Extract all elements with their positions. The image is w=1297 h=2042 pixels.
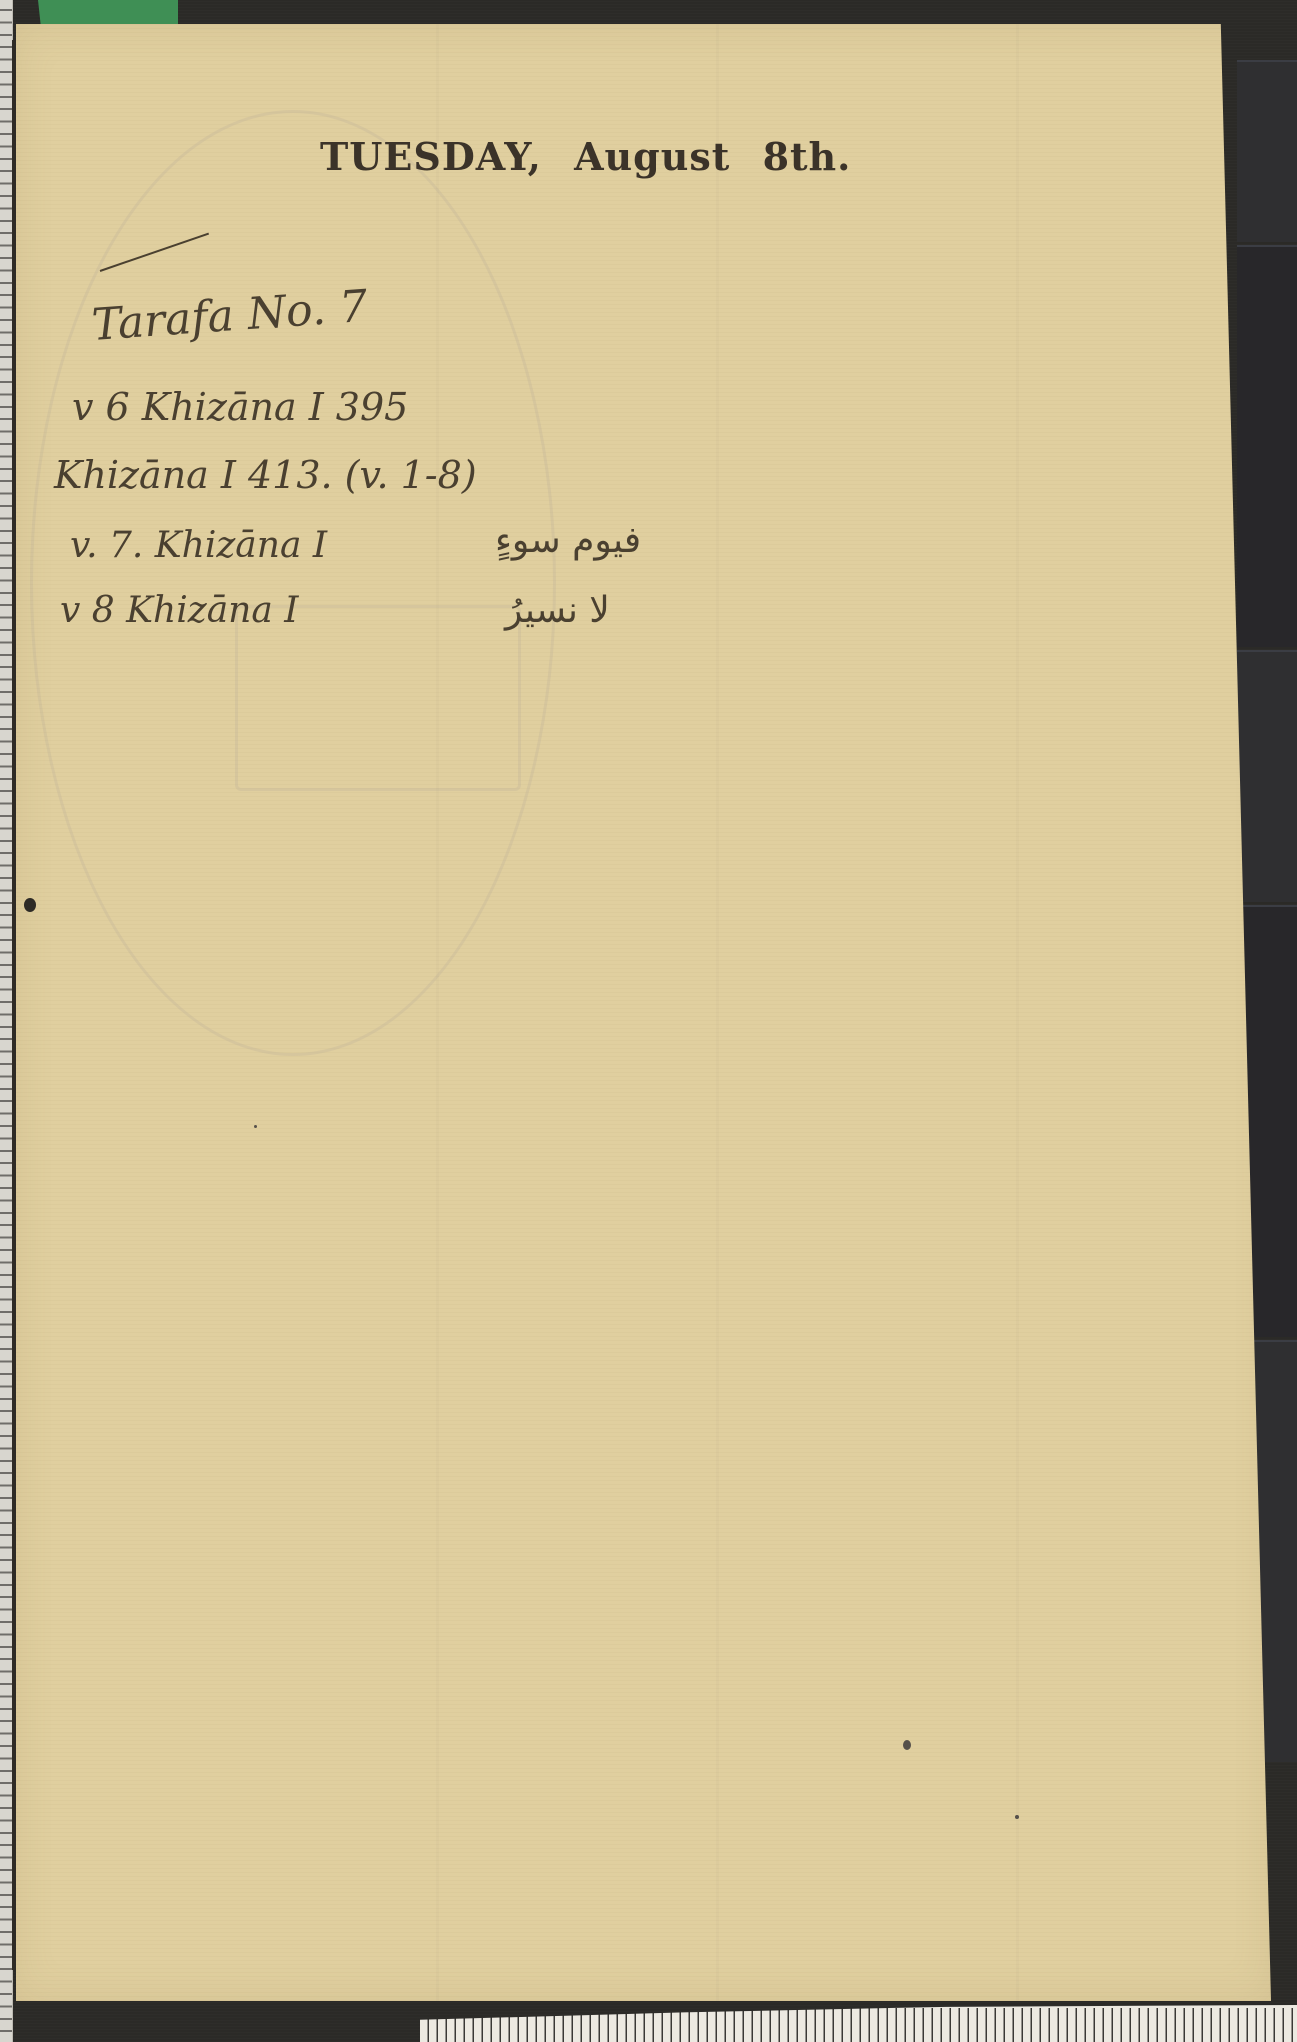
printed-date-header: TUESDAY, August 8th. — [320, 134, 840, 179]
arabic-handwriting: لا نسيرُ — [505, 590, 610, 631]
header-day: 8th. — [763, 134, 852, 179]
handwritten-line: v 8 Khizāna I — [60, 590, 298, 631]
ink-spot — [1015, 1815, 1019, 1819]
paper-edge-nick — [24, 898, 36, 912]
header-month: August — [574, 134, 730, 179]
handwritten-line: v. 7. Khizāna I — [70, 525, 327, 566]
header-weekday: TUESDAY, — [320, 134, 542, 179]
handwritten-line: v 6 Khizāna I 395 — [72, 385, 408, 429]
ink-spot — [903, 1740, 911, 1750]
mount-panel — [1237, 60, 1297, 242]
ink-spot — [254, 1125, 257, 1128]
mount-panel — [1237, 650, 1297, 902]
faint-stamp-box — [235, 605, 521, 791]
mount-panel — [1237, 245, 1297, 647]
arabic-handwriting: فيوم سوءٍ — [495, 520, 641, 561]
handwritten-line: Khizāna I 413. (v. 1-8) — [54, 453, 477, 497]
